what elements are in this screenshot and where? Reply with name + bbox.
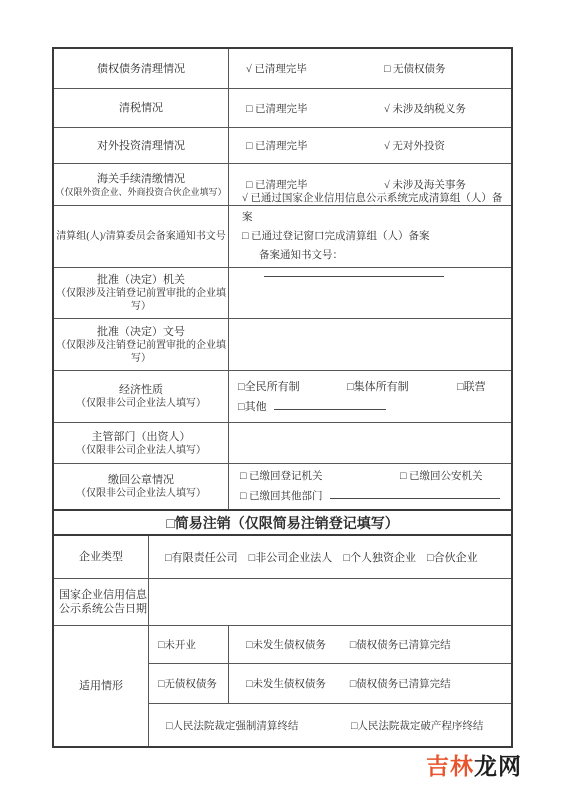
- checkbox-option-no-debt[interactable]: □ 无债权债务: [384, 61, 445, 76]
- row-debt-clearing: 债权债务清理情况 √ 已清理完毕 □ 无债权债务: [54, 49, 511, 89]
- row-tax-clearing: 清税情况 □ 已清理完毕 √ 未涉及纳税义务: [54, 89, 511, 128]
- applicable-sub-row-3: □人民法院裁定强制清算终结 □人民法院裁定破产程序终结: [149, 704, 511, 746]
- checkbox-option-no-investment[interactable]: √ 无对外投资: [384, 138, 445, 153]
- checkbox-option-window-filing[interactable]: □ 已通过登记窗口完成清算组（人）备案: [242, 227, 429, 246]
- row-announcement-date-label: 国家企业信用信息公示系统公告日期: [54, 579, 149, 625]
- checkbox-option-no-debt-incurred[interactable]: □未发生债权债务: [246, 676, 326, 691]
- row-seal-return-label: 缴回公章情况 （仅限非公司企业法人填写）: [54, 464, 229, 509]
- applicable-sub1-cell: □未开业: [149, 626, 229, 663]
- label-text: 批准（决定）文号: [97, 325, 185, 339]
- checkbox-option-online-filing[interactable]: √ 已通过国家企业信用信息公示系统完成清算组（人）备案: [242, 189, 511, 227]
- row-investment-clearing: 对外投资清理情况 □ 已清理完毕 √ 无对外投资: [54, 128, 511, 164]
- checkbox-option-state-owned[interactable]: □全民所有制: [238, 377, 347, 397]
- checkbox-option-partnership[interactable]: □合伙企业: [427, 549, 478, 565]
- watermark-prefix: 吉林: [426, 753, 474, 779]
- row-enterprise-type-label: 企业类型: [54, 536, 149, 578]
- row-tax-clearing-options: □ 已清理完毕 √ 未涉及纳税义务: [229, 89, 511, 127]
- row-seal-return: 缴回公章情况 （仅限非公司企业法人填写） □ 已缴回登记机关 □ 已缴回公安机关…: [54, 464, 511, 511]
- row-approval-authority: 批准（决定）机关 （仅限涉及注销登记前置审批的企业填写）: [54, 268, 511, 319]
- row-customs-clearing-label: 海关手续清缴情况 （仅限外资企业、外商投资合伙企业填写）: [54, 164, 229, 205]
- checkbox-option-cleared[interactable]: √ 已清理完毕: [246, 61, 384, 76]
- label-text: 国家企业信用信息公示系统公告日期: [59, 588, 147, 616]
- site-watermark: 吉林龙网: [426, 748, 522, 781]
- checkbox-option-no-claims-debts[interactable]: □无债权债务: [158, 676, 217, 691]
- label-note: （仅限涉及注销登记前置审批的企业填写）: [55, 339, 227, 365]
- row-approval-authority-value: [229, 268, 511, 318]
- row-debt-clearing-label: 债权债务清理情况: [54, 49, 229, 88]
- row-economic-nature-label: 经济性质 （仅限非公司企业法人填写）: [54, 371, 229, 422]
- row-liquidation-filing: 清算组(人)/清算委员会备案通知书文号 √ 已通过国家企业信用信息公示系统完成清…: [54, 206, 511, 268]
- deregistration-form-table: 债权债务清理情况 √ 已清理完毕 □ 无债权债务 清税情况 □ 已清理完毕 √ …: [52, 47, 513, 748]
- economic-nature-line1: □全民所有制 □集体所有制 □联营: [238, 377, 486, 397]
- other-department-blank[interactable]: [330, 488, 500, 499]
- label-note: （仅限非公司企业法人填写）: [76, 397, 206, 410]
- applicable-sub2-cell: □无债权债务: [149, 664, 229, 703]
- label-text: 批准（决定）机关: [97, 273, 185, 287]
- seal-return-line1: □ 已缴回登记机关 □ 已缴回公安机关: [240, 467, 482, 487]
- checkbox-option-debt-settled[interactable]: □债权债务已清算完结: [350, 676, 451, 691]
- checkbox-option-collective[interactable]: □集体所有制: [347, 377, 457, 397]
- label-text: 对外投资清理情况: [97, 139, 185, 153]
- checkbox-option-returned-registry[interactable]: □ 已缴回登记机关: [240, 467, 400, 487]
- applicable-sub2-options: □未发生债权债务 □债权债务已清算完结: [229, 664, 511, 703]
- applicable-sub3-options: □人民法院裁定强制清算终结 □人民法院裁定破产程序终结: [149, 704, 511, 746]
- label-text: 主管部门（出资人）: [92, 430, 191, 444]
- checkbox-option-debt-settled[interactable]: □债权债务已清算完结: [350, 637, 451, 652]
- checkbox-option-other[interactable]: □其他: [238, 401, 267, 413]
- label-note: （仅限非公司企业法人填写）: [76, 487, 206, 500]
- label-text: 经济性质: [119, 383, 163, 397]
- row-supervising-department-value: [229, 423, 511, 463]
- checkbox-option-joint[interactable]: □联营: [457, 377, 486, 397]
- label-text: 缴回公章情况: [108, 473, 174, 487]
- checkbox-option-court-liquidation[interactable]: □人民法院裁定强制清算终结: [166, 718, 351, 733]
- row-seal-return-options: □ 已缴回登记机关 □ 已缴回公安机关 □ 已缴回其他部门: [229, 464, 511, 509]
- applicable-sub1-options: □未发生债权债务 □债权债务已清算完结: [229, 626, 511, 663]
- label-note: （仅限外资企业、外商投资合伙企业填写）: [55, 186, 226, 198]
- applicable-sub-row-2: □无债权债务 □未发生债权债务 □债权债务已清算完结: [149, 664, 511, 704]
- checkbox-option-sole-proprietorship[interactable]: □个人独资企业: [343, 549, 416, 565]
- applicable-sub-row-1: □未开业 □未发生债权债务 □债权债务已清算完结: [149, 626, 511, 664]
- row-liquidation-filing-label: 清算组(人)/清算委员会备案通知书文号: [54, 206, 229, 267]
- filing-number-label: 备案通知书文号：: [259, 250, 343, 261]
- label-text: 清税情况: [119, 101, 163, 115]
- checkbox-option-no-tax[interactable]: √ 未涉及纳税义务: [384, 101, 466, 116]
- deregistration-form-page: 债权债务清理情况 √ 已清理完毕 □ 无债权债务 清税情况 □ 已清理完毕 √ …: [0, 0, 565, 800]
- checkbox-option-llc[interactable]: □有限责任公司: [165, 549, 238, 565]
- other-nature-blank[interactable]: [274, 399, 386, 410]
- simple-deregistration-header: □简易注销（仅限简易注销登记填写）: [54, 511, 511, 536]
- row-approval-number-value: [229, 319, 511, 370]
- row-applicable-circumstances-label: 适用情形: [54, 626, 149, 746]
- row-investment-clearing-options: □ 已清理完毕 √ 无对外投资: [229, 128, 511, 163]
- row-applicable-circumstances: 适用情形 □未开业 □未发生债权债务 □债权债务已清算完结 □无债权债务: [54, 626, 511, 746]
- row-enterprise-type: 企业类型 □有限责任公司 □非公司企业法人 □个人独资企业 □合伙企业: [54, 536, 511, 579]
- label-text: 适用情形: [79, 679, 123, 693]
- row-announcement-date: 国家企业信用信息公示系统公告日期: [54, 579, 511, 626]
- row-investment-clearing-label: 对外投资清理情况: [54, 128, 229, 163]
- economic-nature-line2: □其他: [238, 397, 386, 417]
- checkbox-option-returned-police[interactable]: □ 已缴回公安机关: [400, 467, 482, 487]
- label-note: （仅限涉及注销登记前置审批的企业填写）: [55, 287, 227, 313]
- row-economic-nature: 经济性质 （仅限非公司企业法人填写） □全民所有制 □集体所有制 □联营 □其他: [54, 371, 511, 423]
- row-approval-number: 批准（决定）文号 （仅限涉及注销登记前置审批的企业填写）: [54, 319, 511, 371]
- label-text: 海关手续清缴情况: [97, 172, 185, 186]
- seal-return-line2: □ 已缴回其他部门: [240, 487, 500, 507]
- row-economic-nature-options: □全民所有制 □集体所有制 □联营 □其他: [229, 371, 511, 422]
- checkbox-option-cleared[interactable]: □ 已清理完毕: [246, 138, 384, 153]
- row-supervising-department-label: 主管部门（出资人） （仅限非公司企业法人填写）: [54, 423, 229, 463]
- checkbox-option-non-company[interactable]: □非公司企业法人: [249, 549, 333, 565]
- row-debt-clearing-options: √ 已清理完毕 □ 无债权债务: [229, 49, 511, 88]
- row-approval-number-label: 批准（决定）文号 （仅限涉及注销登记前置审批的企业填写）: [54, 319, 229, 370]
- watermark-suffix: 龙网: [474, 753, 522, 779]
- label-note: （仅限非公司企业法人填写）: [76, 444, 206, 457]
- row-enterprise-type-options: □有限责任公司 □非公司企业法人 □个人独资企业 □合伙企业: [149, 536, 511, 578]
- row-approval-authority-label: 批准（决定）机关 （仅限涉及注销登记前置审批的企业填写）: [54, 268, 229, 318]
- row-supervising-department: 主管部门（出资人） （仅限非公司企业法人填写）: [54, 423, 511, 464]
- checkbox-option-returned-other[interactable]: □ 已缴回其他部门: [240, 491, 322, 502]
- row-tax-clearing-label: 清税情况: [54, 89, 229, 127]
- checkbox-option-cleared[interactable]: □ 已清理完毕: [246, 101, 384, 116]
- checkbox-option-court-bankruptcy[interactable]: □人民法院裁定破产程序终结: [351, 718, 483, 733]
- label-text: 债权债务清理情况: [97, 62, 185, 76]
- applicable-circumstances-grid: □未开业 □未发生债权债务 □债权债务已清算完结 □无债权债务 □未发生债权债务…: [149, 626, 511, 746]
- row-announcement-date-value: [149, 579, 511, 625]
- checkbox-option-not-opened[interactable]: □未开业: [158, 637, 196, 652]
- label-text: 清算组(人)/清算委员会备案通知书文号: [56, 230, 225, 244]
- label-text: 企业类型: [79, 550, 123, 564]
- checkbox-option-simple-deregistration[interactable]: □简易注销（仅限简易注销登记填写）: [166, 513, 398, 533]
- checkbox-option-no-debt-incurred[interactable]: □未发生债权债务: [246, 637, 326, 652]
- row-liquidation-filing-options: √ 已通过国家企业信用信息公示系统完成清算组（人）备案 □ 已通过登记窗口完成清…: [229, 206, 511, 267]
